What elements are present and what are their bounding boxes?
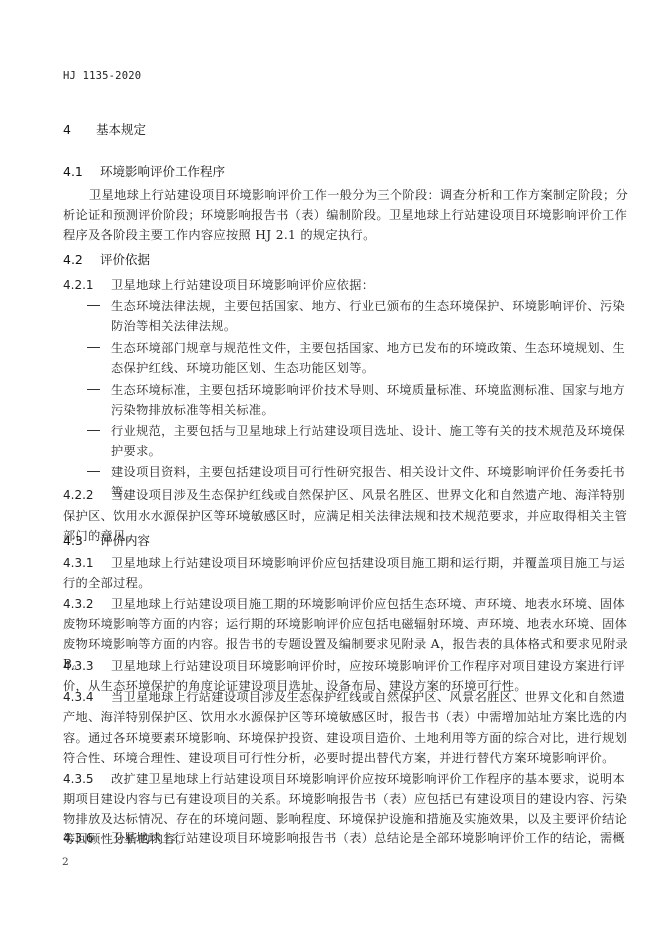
clause-4-3-5: 4.3.5改扩建卫星地球上行站建设项目环境影响评价应按环境影响评价工作程序的基本… xyxy=(63,770,625,787)
clause-text: 卫星地球上行站建设项目环境影响评价应依据： xyxy=(111,278,374,292)
paragraph-line: 容。通过各环境要素环境影响、环境保护投资、建设项目造价、土地利用等方面的综合对比… xyxy=(63,729,627,746)
paragraph-line: 物排放及达标情况、存在的环境问题、影响程度、环境保护设施和措施及实施效果，以及主… xyxy=(63,810,627,827)
clause-4-3-6: 4.3.6卫星地球上行站建设项目环境影响报告书（表）总结论是全部环境影响评价工作… xyxy=(63,829,625,846)
subsection-number: 4.2 xyxy=(63,252,100,267)
clause-text: 改扩建卫星地球上行站建设项目环境影响评价应按环境影响评价工作程序的基本要求，说明… xyxy=(111,772,625,786)
list-dash-icon xyxy=(87,471,100,472)
clause-text: 卫星地球上行站建设项目环境影响报告书（表）总结论是全部环境影响评价工作的结论，需… xyxy=(111,831,625,845)
clause-4-2-1: 4.2.1卫星地球上行站建设项目环境影响评价应依据： xyxy=(63,276,374,293)
document-page: HJ 1135-2020 4基本规定 4.1环境影响评价工作程序 卫星地球上行站… xyxy=(0,0,662,936)
clause-number: 4.3.2 xyxy=(63,597,111,611)
subsection-heading-4-1: 4.1环境影响评价工作程序 xyxy=(63,162,225,180)
clause-text: 当建设项目涉及生态保护红线或自然保护区、风景名胜区、世界文化和自然遗产地、海洋特… xyxy=(111,488,625,502)
list-item-line: 行业规范，主要包括与卫星地球上行站建设项目选址、设计、施工等有关的技术规范及环境… xyxy=(111,422,625,439)
clause-4-3-4: 4.3.4当卫星地球上行站建设项目涉及生态保护红线或自然保护区、风景名胜区、世界… xyxy=(63,688,625,705)
paragraph-line: 行的全部过程。 xyxy=(63,574,151,591)
clause-4-3-2: 4.3.2卫星地球上行站建设项目施工期的环境影响评价应包括生态环境、声环境、地表… xyxy=(63,595,625,612)
clause-number: 4.3.5 xyxy=(63,772,111,786)
list-item-line: 护要求。 xyxy=(111,442,161,459)
document-code-header: HJ 1135-2020 xyxy=(63,70,141,82)
clause-text: 卫星地球上行站建设项目环境影响评价应包括建设项目施工期和运行期，并覆盖项目施工与… xyxy=(111,556,625,570)
list-item-line: 生态环境法律法规，主要包括国家、地方、行业已颁布的生态环境保护、环境影响评价、污… xyxy=(111,297,625,314)
list-dash-icon xyxy=(87,389,100,390)
list-item-line: 建设项目资料，主要包括建设项目可行性研究报告、相关设计文件、环境影响评价任务委托… xyxy=(111,463,625,480)
list-dash-icon xyxy=(87,430,100,431)
clause-number: 4.2.1 xyxy=(63,278,111,292)
paragraph-line: 废物环境影响等方面的内容；运行期的环境影响评价应包括电磁辐射环境、声环境、地表水… xyxy=(63,615,627,632)
clause-text: 当卫星地球上行站建设项目涉及生态保护红线或自然保护区、风景名胜区、世界文化和自然… xyxy=(111,690,625,704)
section-heading-4: 4基本规定 xyxy=(63,120,146,138)
list-item-line: 态保护红线、环境功能区划、生态功能区划等。 xyxy=(111,359,374,376)
paragraph-line: 废物环境影响等方面的内容。报告书的专题设置及编制要求见附录 A，报告表的具体格式… xyxy=(63,635,628,652)
section-number: 4 xyxy=(63,122,96,137)
subsection-title: 评价内容 xyxy=(100,533,150,548)
subsection-heading-4-3: 4.3评价内容 xyxy=(63,531,150,549)
paragraph-line: 保护区、饮用水水源保护区等环境敏感区时，应满足相关法律法规和技术规范要求，并应取… xyxy=(63,507,627,524)
clause-4-3-1: 4.3.1卫星地球上行站建设项目环境影响评价应包括建设项目施工期和运行期，并覆盖… xyxy=(63,554,625,571)
list-item-line: 污染物排放标准等相关标准。 xyxy=(111,401,274,418)
page-number: 2 xyxy=(62,856,69,868)
paragraph-line: 产地、海洋特别保护区、饮用水水源保护区等环境敏感区时，报告书（表）中需增加站址方… xyxy=(63,708,627,725)
clause-number: 4.3.6 xyxy=(63,831,111,845)
paragraph-line: 卫星地球上行站建设项目环境影响评价工作一般分为三个阶段：调查分析和工作方案制定阶… xyxy=(89,186,628,203)
subsection-number: 4.1 xyxy=(63,164,100,179)
paragraph-line: 析论证和预测评价阶段；环境影响报告书（表）编制阶段。卫星地球上行站建设项目环境影… xyxy=(63,206,627,223)
paragraph-line: 符合性、环境合理性、建设项目可行性分析，必要时提出替代方案，并进行替代方案环境影… xyxy=(63,749,615,766)
clause-4-3-3: 4.3.3卫星地球上行站建设项目环境影响评价时，应按环境影响评价工作程序对项目建… xyxy=(63,657,625,674)
list-dash-icon xyxy=(87,305,100,306)
section-title: 基本规定 xyxy=(96,122,146,137)
subsection-title: 评价依据 xyxy=(100,252,150,267)
list-item-line: 防治等相关法律法规。 xyxy=(111,317,236,334)
list-dash-icon xyxy=(87,347,100,348)
paragraph-line: 程序及各阶段主要工作内容应按照 HJ 2.1 的规定执行。 xyxy=(63,226,376,243)
clause-text: 卫星地球上行站建设项目环境影响评价时，应按环境影响评价工作程序对项目建设方案进行… xyxy=(111,659,625,673)
clause-4-2-2: 4.2.2当建设项目涉及生态保护红线或自然保护区、风景名胜区、世界文化和自然遗产… xyxy=(63,486,625,503)
list-item-line: 生态环境部门规章与规范性文件，主要包括国家、地方已发布的环境政策、生态环境规划、… xyxy=(111,339,625,356)
clause-number: 4.2.2 xyxy=(63,488,111,502)
list-item-line: 生态环境标准，主要包括环境影响评价技术导则、环境质量标准、环境监测标准、国家与地… xyxy=(111,381,625,398)
clause-text: 卫星地球上行站建设项目施工期的环境影响评价应包括生态环境、声环境、地表水环境、固… xyxy=(111,597,625,611)
clause-number: 4.3.4 xyxy=(63,690,111,704)
clause-number: 4.3.3 xyxy=(63,659,111,673)
subsection-title: 环境影响评价工作程序 xyxy=(100,164,225,179)
clause-number: 4.3.1 xyxy=(63,556,111,570)
paragraph-line: 期项目建设内容与已有建设项目的关系。环境影响报告书（表）应包括已有建设项目的建设… xyxy=(63,790,627,807)
subsection-heading-4-2: 4.2评价依据 xyxy=(63,250,150,268)
subsection-number: 4.3 xyxy=(63,533,100,548)
